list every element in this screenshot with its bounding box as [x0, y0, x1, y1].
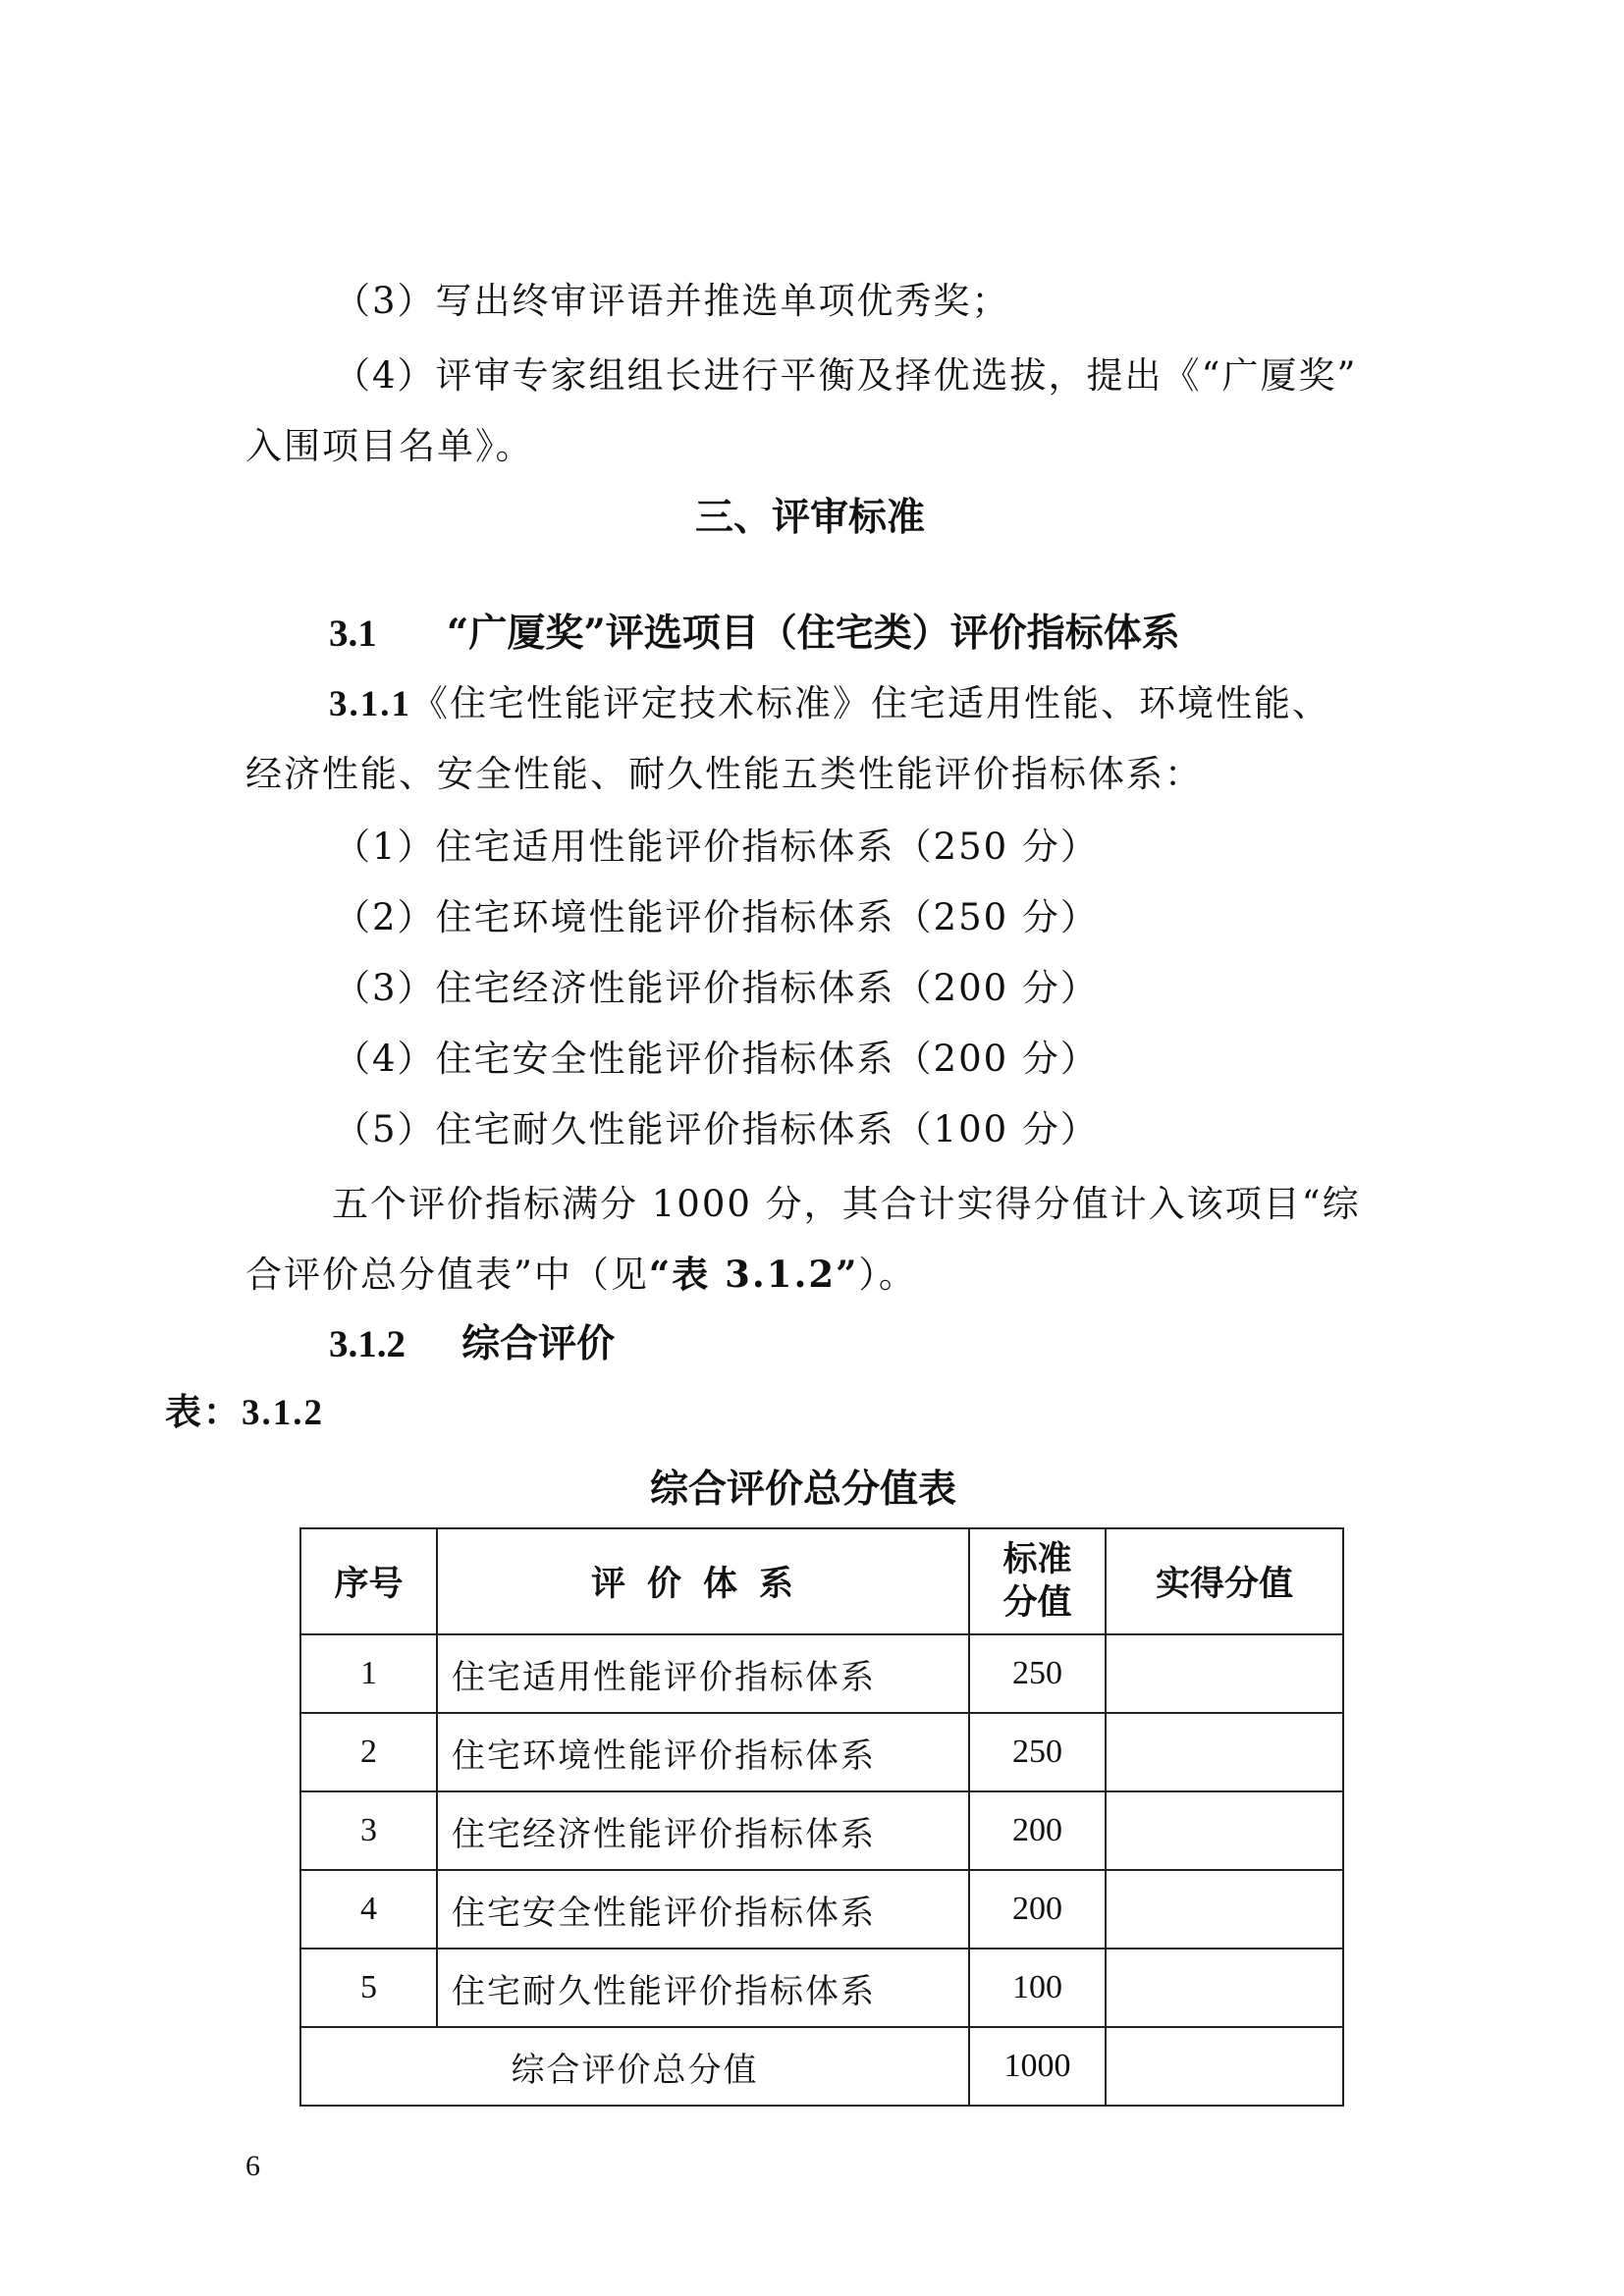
- cell-actual[interactable]: [1106, 1791, 1343, 1870]
- cell-system: 住宅环境性能评价指标体系: [437, 1713, 969, 1791]
- list-item-2: （2）住宅环境性能评价指标体系（250 分）: [334, 887, 1099, 940]
- table-row: 3 住宅经济性能评价指标体系 200: [300, 1791, 1343, 1870]
- cell-index: 1: [300, 1634, 437, 1713]
- header-standard: 标准 分值: [969, 1528, 1106, 1634]
- cell-index: 4: [300, 1870, 437, 1949]
- paragraph-item-4-line2: 入围项目名单》。: [245, 416, 534, 469]
- cell-standard: 200: [969, 1791, 1106, 1870]
- cell-system: 住宅适用性能评价指标体系: [437, 1634, 969, 1713]
- table-caption: 综合评价总分值表: [650, 1459, 956, 1514]
- table-row: 4 住宅安全性能评价指标体系 200: [300, 1870, 1343, 1949]
- paragraph-item-4-line1: （4）评审专家组组长进行平衡及择优选拔，提出《“广厦奖”: [334, 346, 1357, 399]
- subsection-title: “广厦奖”评选项目（住宅类）评价指标体系: [447, 611, 1180, 656]
- table-row: 1 住宅适用性能评价指标体系 250: [300, 1634, 1343, 1713]
- cell-index: 2: [300, 1713, 437, 1791]
- subsection-3-1-1-line1: 3.1.1《住宅性能评定技术标准》住宅适用性能、环境性能、: [329, 673, 1330, 726]
- cell-system: 住宅安全性能评价指标体系: [437, 1870, 969, 1949]
- page-number: 6: [245, 2150, 260, 2183]
- total-actual[interactable]: [1106, 2027, 1343, 2106]
- table-label-prefix: 表：: [165, 1390, 242, 1433]
- cell-actual[interactable]: [1106, 1634, 1343, 1713]
- paragraph-item-3: （3）写出终审评语并推选单项优秀奖；: [334, 271, 1010, 324]
- cell-system: 住宅经济性能评价指标体系: [437, 1791, 969, 1870]
- cell-actual[interactable]: [1106, 1870, 1343, 1949]
- header-index: 序号: [300, 1528, 437, 1634]
- cell-index: 5: [300, 1949, 437, 2027]
- list-item-3: （3）住宅经济性能评价指标体系（200 分）: [334, 958, 1099, 1011]
- header-system: 评价体系: [437, 1528, 969, 1634]
- subsection-number: 3.1.2: [329, 1323, 406, 1365]
- subsection-3-1: 3.1 “广厦奖”评选项目（住宅类）评价指标体系: [329, 603, 1180, 658]
- subsection-title: 综合评价: [461, 1321, 615, 1366]
- header-standard-label: 标准 分值: [1002, 1538, 1071, 1625]
- list-item-5: （5）住宅耐久性能评价指标体系（100 分）: [334, 1099, 1099, 1152]
- total-label: 综合评价总分值: [300, 2027, 969, 2106]
- section-title: 三、评审标准: [695, 487, 925, 542]
- subsection-number: 3.1.1: [329, 684, 411, 724]
- table-header-row: 序号 评价体系 标准 分值 实得分值: [300, 1528, 1343, 1634]
- header-system-label: 评价体系: [591, 1564, 815, 1604]
- cell-standard: 100: [969, 1949, 1106, 2027]
- subsection-3-1-1-line2: 经济性能、安全性能、耐久性能五类性能评价指标体系：: [245, 744, 1203, 797]
- cell-index: 3: [300, 1791, 437, 1870]
- summary-text: 合评价总分值表”中（见: [245, 1254, 649, 1296]
- cell-standard: 250: [969, 1713, 1106, 1791]
- table-row: 2 住宅环境性能评价指标体系 250: [300, 1713, 1343, 1791]
- subsection-3-1-2: 3.1.2 综合评价: [329, 1313, 615, 1368]
- list-item-4: （4）住宅安全性能评价指标体系（200 分）: [334, 1029, 1099, 1082]
- summary-text-end: ）。: [858, 1254, 917, 1296]
- list-item-1: （1）住宅适用性能评价指标体系（250 分）: [334, 817, 1099, 870]
- cell-standard: 250: [969, 1634, 1106, 1713]
- total-standard: 1000: [969, 2027, 1106, 2106]
- summary-line2: 合评价总分值表”中（见“表 3.1.2”）。: [245, 1245, 917, 1298]
- subsection-text: 《住宅性能评定技术标准》住宅适用性能、环境性能、: [411, 682, 1330, 724]
- table-reference: “表 3.1.2”: [649, 1253, 858, 1296]
- header-standard-line2: 分值: [1002, 1582, 1071, 1623]
- cell-actual[interactable]: [1106, 1949, 1343, 2027]
- score-table: 序号 评价体系 标准 分值 实得分值 1 住宅适用性能评价指标体系 250 2 …: [299, 1527, 1344, 2107]
- table-row: 5 住宅耐久性能评价指标体系 100: [300, 1949, 1343, 2027]
- header-actual: 实得分值: [1106, 1528, 1343, 1634]
- subsection-number: 3.1: [329, 613, 377, 655]
- header-standard-line1: 标准: [1002, 1539, 1071, 1579]
- cell-system: 住宅耐久性能评价指标体系: [437, 1949, 969, 2027]
- cell-standard: 200: [969, 1870, 1106, 1949]
- table-label: 表：3.1.2: [165, 1382, 324, 1435]
- cell-actual[interactable]: [1106, 1713, 1343, 1791]
- summary-line1: 五个评价指标满分 1000 分，其合计实得分值计入该项目“综: [332, 1174, 1361, 1227]
- table-total-row: 综合评价总分值 1000: [300, 2027, 1343, 2106]
- table-label-number: 3.1.2: [242, 1393, 324, 1433]
